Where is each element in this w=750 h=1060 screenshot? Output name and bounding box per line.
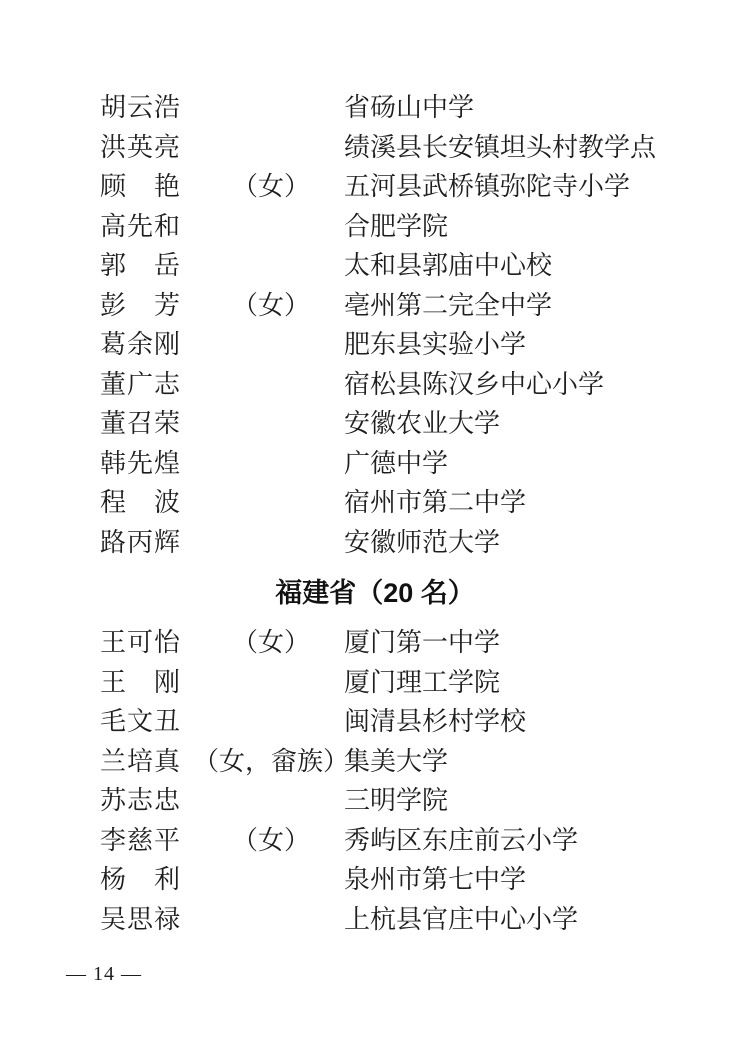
list-item: 胡云浩 省砀山中学 bbox=[0, 88, 750, 128]
document-page: 胡云浩 省砀山中学 洪英亮 绩溪县长安镇坦头村教学点 顾 艳 （女） 五河县武桥… bbox=[0, 0, 750, 1060]
gender-annotation: （女） bbox=[232, 623, 310, 663]
list-item: 彭 芳 （女） 亳州第二完全中学 bbox=[0, 286, 750, 326]
list-item: 杨 利 泉州市第七中学 bbox=[0, 860, 750, 900]
institution-name: 省砀山中学 bbox=[344, 88, 474, 128]
institution-name: 上杭县官庄中心小学 bbox=[344, 900, 578, 940]
list-item: 董召荣 安徽农业大学 bbox=[0, 404, 750, 444]
person-name: 杨 利 bbox=[100, 860, 181, 900]
person-name: 王可怡 bbox=[100, 623, 181, 663]
person-name: 董召荣 bbox=[100, 404, 181, 444]
name-list: 胡云浩 省砀山中学 洪英亮 绩溪县长安镇坦头村教学点 顾 艳 （女） 五河县武桥… bbox=[0, 88, 750, 939]
person-name: 王 刚 bbox=[100, 663, 181, 703]
list-item: 毛文丑 闽清县杉村学校 bbox=[0, 702, 750, 742]
person-name: 程 波 bbox=[100, 483, 181, 523]
institution-name: 亳州第二完全中学 bbox=[344, 286, 552, 326]
institution-name: 厦门理工学院 bbox=[344, 663, 500, 703]
list-item: 郭 岳 太和县郭庙中心校 bbox=[0, 246, 750, 286]
person-name: 路丙辉 bbox=[100, 523, 181, 563]
person-name: 李慈平 bbox=[100, 821, 181, 861]
institution-name: 集美大学 bbox=[344, 742, 448, 782]
list-item: 路丙辉 安徽师范大学 bbox=[0, 523, 750, 563]
institution-name: 安徽师范大学 bbox=[344, 523, 500, 563]
person-name: 董广志 bbox=[100, 365, 181, 405]
list-item: 程 波 宿州市第二中学 bbox=[0, 483, 750, 523]
institution-name: 宿州市第二中学 bbox=[344, 483, 526, 523]
list-item: 葛余刚 肥东县实验小学 bbox=[0, 325, 750, 365]
institution-name: 五河县武桥镇弥陀寺小学 bbox=[344, 167, 630, 207]
list-item: 苏志忠 三明学院 bbox=[0, 781, 750, 821]
institution-name: 合肥学院 bbox=[344, 207, 448, 247]
institution-name: 安徽农业大学 bbox=[344, 404, 500, 444]
gender-annotation: （女） bbox=[232, 167, 310, 207]
person-name: 彭 芳 bbox=[100, 286, 181, 326]
list-item: 洪英亮 绩溪县长安镇坦头村教学点 bbox=[0, 128, 750, 168]
institution-name: 宿松县陈汉乡中心小学 bbox=[344, 365, 604, 405]
list-item: 王 刚 厦门理工学院 bbox=[0, 663, 750, 703]
person-name: 洪英亮 bbox=[100, 128, 181, 168]
gender-annotation: （女） bbox=[232, 821, 310, 861]
institution-name: 厦门第一中学 bbox=[344, 623, 500, 663]
institution-name: 泉州市第七中学 bbox=[344, 860, 526, 900]
person-name: 高先和 bbox=[100, 207, 181, 247]
institution-name: 闽清县杉村学校 bbox=[344, 702, 526, 742]
person-name: 韩先煌 bbox=[100, 444, 181, 484]
list-item: 李慈平 （女） 秀屿区东庄前云小学 bbox=[0, 821, 750, 861]
person-name: 兰培真 bbox=[100, 742, 181, 782]
institution-name: 广德中学 bbox=[344, 444, 448, 484]
institution-name: 太和县郭庙中心校 bbox=[344, 246, 552, 286]
institution-name: 绩溪县长安镇坦头村教学点 bbox=[344, 128, 656, 168]
list-item: 顾 艳 （女） 五河县武桥镇弥陀寺小学 bbox=[0, 167, 750, 207]
person-name: 吴思禄 bbox=[100, 900, 181, 940]
list-item: 韩先煌 广德中学 bbox=[0, 444, 750, 484]
person-name: 顾 艳 bbox=[100, 167, 181, 207]
person-name: 葛余刚 bbox=[100, 325, 181, 365]
gender-annotation: （女，畲族） bbox=[193, 742, 349, 782]
section-heading: 福建省（20 名） bbox=[0, 575, 750, 611]
list-item: 高先和 合肥学院 bbox=[0, 207, 750, 247]
page-number: — 14 — bbox=[66, 963, 142, 986]
person-name: 胡云浩 bbox=[100, 88, 181, 128]
list-item: 兰培真 （女，畲族） 集美大学 bbox=[0, 742, 750, 782]
person-name: 毛文丑 bbox=[100, 702, 181, 742]
gender-annotation: （女） bbox=[232, 286, 310, 326]
institution-name: 三明学院 bbox=[344, 781, 448, 821]
institution-name: 肥东县实验小学 bbox=[344, 325, 526, 365]
institution-name: 秀屿区东庄前云小学 bbox=[344, 821, 578, 861]
list-item: 董广志 宿松县陈汉乡中心小学 bbox=[0, 365, 750, 405]
person-name: 郭 岳 bbox=[100, 246, 181, 286]
person-name: 苏志忠 bbox=[100, 781, 181, 821]
list-item: 吴思禄 上杭县官庄中心小学 bbox=[0, 900, 750, 940]
list-item: 王可怡 （女） 厦门第一中学 bbox=[0, 623, 750, 663]
